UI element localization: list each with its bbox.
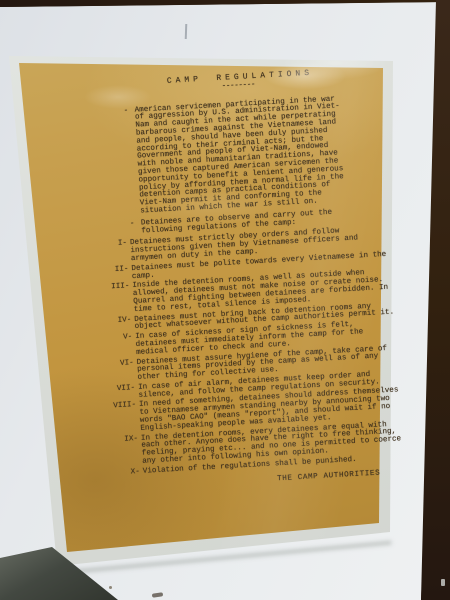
- intro-paragraph-text: American servicemen participating in the…: [134, 95, 352, 216]
- paragraph-dash: -: [130, 220, 142, 236]
- regulation-numeral: III-: [103, 284, 131, 317]
- regulation-numeral: VI-: [108, 360, 135, 385]
- regulation-numeral: IX-: [112, 436, 140, 469]
- regulation-numeral: IV-: [105, 317, 132, 334]
- mat-speck: [109, 586, 112, 589]
- regulation-numeral: VII-: [109, 385, 136, 402]
- regulation-numeral: V-: [106, 334, 133, 359]
- wall-highlight-speck: [441, 579, 445, 586]
- notice-text-block: CAMP REGULATIONS -------- - American ser…: [92, 66, 407, 493]
- regulation-numeral: II-: [102, 266, 129, 283]
- regulation-numeral: VIII-: [110, 403, 138, 436]
- photo-of-notice: CAMP REGULATIONS -------- - American ser…: [0, 0, 450, 600]
- intro-paragraph: - American servicemen participating in t…: [123, 95, 353, 216]
- regulation-numeral: X-: [114, 469, 140, 478]
- regulation-numeral: I-: [101, 241, 128, 266]
